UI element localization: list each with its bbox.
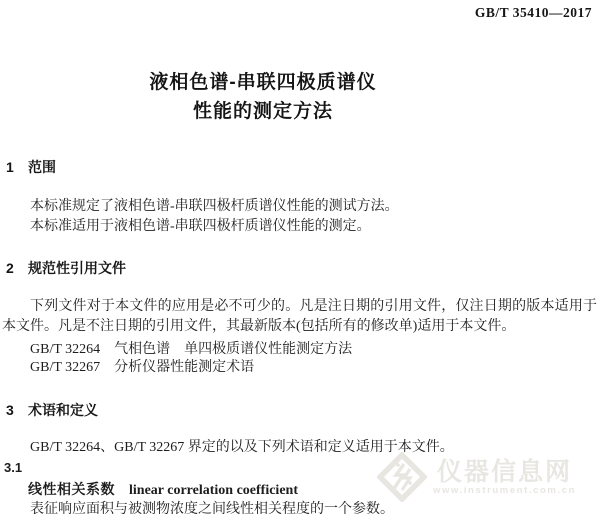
standard-number: GB/T 35410—2017: [0, 6, 600, 20]
section-1-number: 1: [6, 158, 28, 176]
term-3-1-name-cn: 线性相关系数: [28, 481, 115, 497]
document-title: 液相色谱-串联四极质谱仪 性能的测定方法: [0, 68, 600, 126]
document-title-line2: 性能的测定方法: [0, 97, 526, 126]
term-3-1-name-en: linear correlation coefficient: [129, 483, 298, 498]
section-3-heading: 3术语和定义: [0, 401, 600, 419]
normative-reference-2: GB/T 32267 分析仪器性能测定术语: [2, 359, 597, 377]
section-2-title: 规范性引用文件: [28, 260, 126, 276]
section-3-paragraph-1: GB/T 32264、GB/T 32267 界定的以及下列术语和定义适用于本文件…: [2, 438, 597, 458]
section-2-number: 2: [6, 259, 28, 277]
section-1-paragraph-1: 本标准规定了液相色谱-串联四极杆质谱仪性能的测试方法。: [2, 197, 597, 217]
term-3-1-id: 3.1: [0, 460, 600, 476]
document-page: GB/T 35410—2017 液相色谱-串联四极质谱仪 性能的测定方法 1范围…: [0, 6, 600, 514]
section-2-heading: 2规范性引用文件: [0, 259, 600, 277]
section-1-heading: 1范围: [0, 158, 600, 176]
section-2-paragraph-1: 下列文件对于本文件的应用是必不可少的。凡是注日期的引用文件，仅注日期的版本适用于…: [2, 297, 597, 337]
section-1-title: 范围: [28, 159, 56, 175]
document-title-line1: 液相色谱-串联四极质谱仪: [0, 68, 526, 97]
section-3-title: 术语和定义: [28, 402, 98, 418]
section-3-number: 3: [6, 401, 28, 419]
section-1-paragraph-2: 本标准适用于液相色谱-串联四极杆质谱仪性能的测定。: [2, 217, 597, 237]
term-3-1-definition: 表征响应面积与被测物浓度之间线性相关程度的一个参数。: [2, 500, 597, 514]
normative-reference-1: GB/T 32264 气相色谱 单四极质谱仪性能测定方法: [2, 341, 597, 359]
term-3-1-name: 线性相关系数linear correlation coefficient: [0, 480, 600, 500]
